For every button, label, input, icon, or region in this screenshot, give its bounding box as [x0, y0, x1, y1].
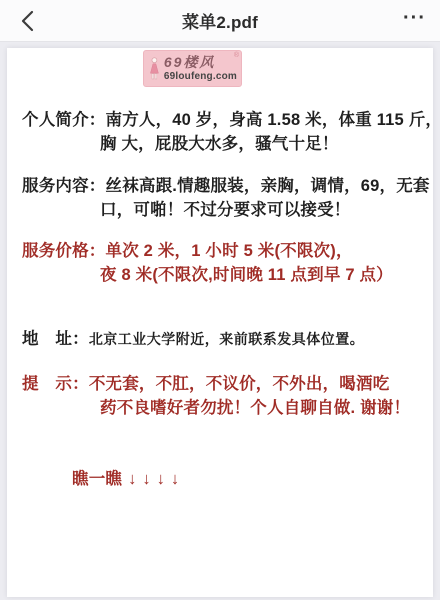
notice-line2: 药不良嗜好者勿扰！个人自聊自做. 谢谢！: [100, 396, 429, 420]
section-notice: 提 示：不无套，不肛，不议价，不外出，喝酒吃 药不良嗜好者勿扰！个人自聊自做. …: [7, 372, 429, 420]
watermark-domain: 69loufeng.com: [164, 72, 237, 82]
back-button[interactable]: [10, 5, 44, 37]
registered-mark: ®: [234, 52, 239, 59]
address-label: 地 址：: [22, 330, 89, 348]
female-figure-icon: [149, 53, 160, 84]
navbar: 菜单2.pdf ···: [0, 0, 440, 42]
section-price: 服务价格：单次 2 米，1 小时 5 米(不限次)， 夜 8 米(不限次,时间晚…: [7, 239, 429, 287]
chevron-left-icon: [20, 10, 34, 32]
price-line2: 夜 8 米(不限次,时间晚 11 点到早 7 点）: [100, 263, 429, 287]
section-profile: 个人简介：南方人，40 岁，身高 1.58 米，体重 115 斤， 胸 大，屁股…: [7, 108, 429, 156]
more-options-button[interactable]: ···: [403, 0, 426, 42]
notice-line1: 不无套，不肛，不议价，不外出，喝酒吃: [89, 375, 390, 393]
pdf-page: 69楼风 69loufeng.com ® 个人简介：南方人，40 岁，身高 1.…: [7, 48, 433, 597]
profile-line1: 南方人，40 岁，身高 1.58 米，体重 115 斤，: [106, 111, 440, 129]
footer-cta-text: 瞧一瞧: [72, 470, 122, 488]
services-line2: 口，可啪！不过分要求可以接受！: [100, 198, 429, 222]
profile-line2: 胸 大，屁股大水多，骚气十足！: [100, 132, 429, 156]
price-label: 服务价格：: [22, 242, 106, 260]
section-address: 地 址：北京工业大学附近，来前联系发具体位置。: [7, 327, 429, 351]
address-line1: 北京工业大学附近，来前联系发具体位置。: [89, 331, 365, 347]
down-arrows-icon: ↓↓↓↓: [128, 470, 185, 488]
section-services: 服务内容：丝袜高跟.情趣服装，亲胸，调情，69，无套 口，可啪！不过分要求可以接…: [7, 174, 429, 222]
profile-label: 个人简介：: [22, 111, 106, 129]
document-title: 菜单2.pdf: [182, 8, 258, 33]
services-line1: 丝袜高跟.情趣服装，亲胸，调情，69，无套: [106, 177, 430, 195]
notice-label: 提 示：: [22, 375, 89, 393]
services-label: 服务内容：: [22, 177, 106, 195]
price-line1: 单次 2 米，1 小时 5 米(不限次)，: [106, 242, 353, 260]
footer-cta: 瞧一瞧↓↓↓↓: [72, 467, 429, 491]
watermark-badge: 69楼风 69loufeng.com ®: [143, 50, 242, 87]
watermark-brand: 69楼风: [164, 55, 237, 69]
